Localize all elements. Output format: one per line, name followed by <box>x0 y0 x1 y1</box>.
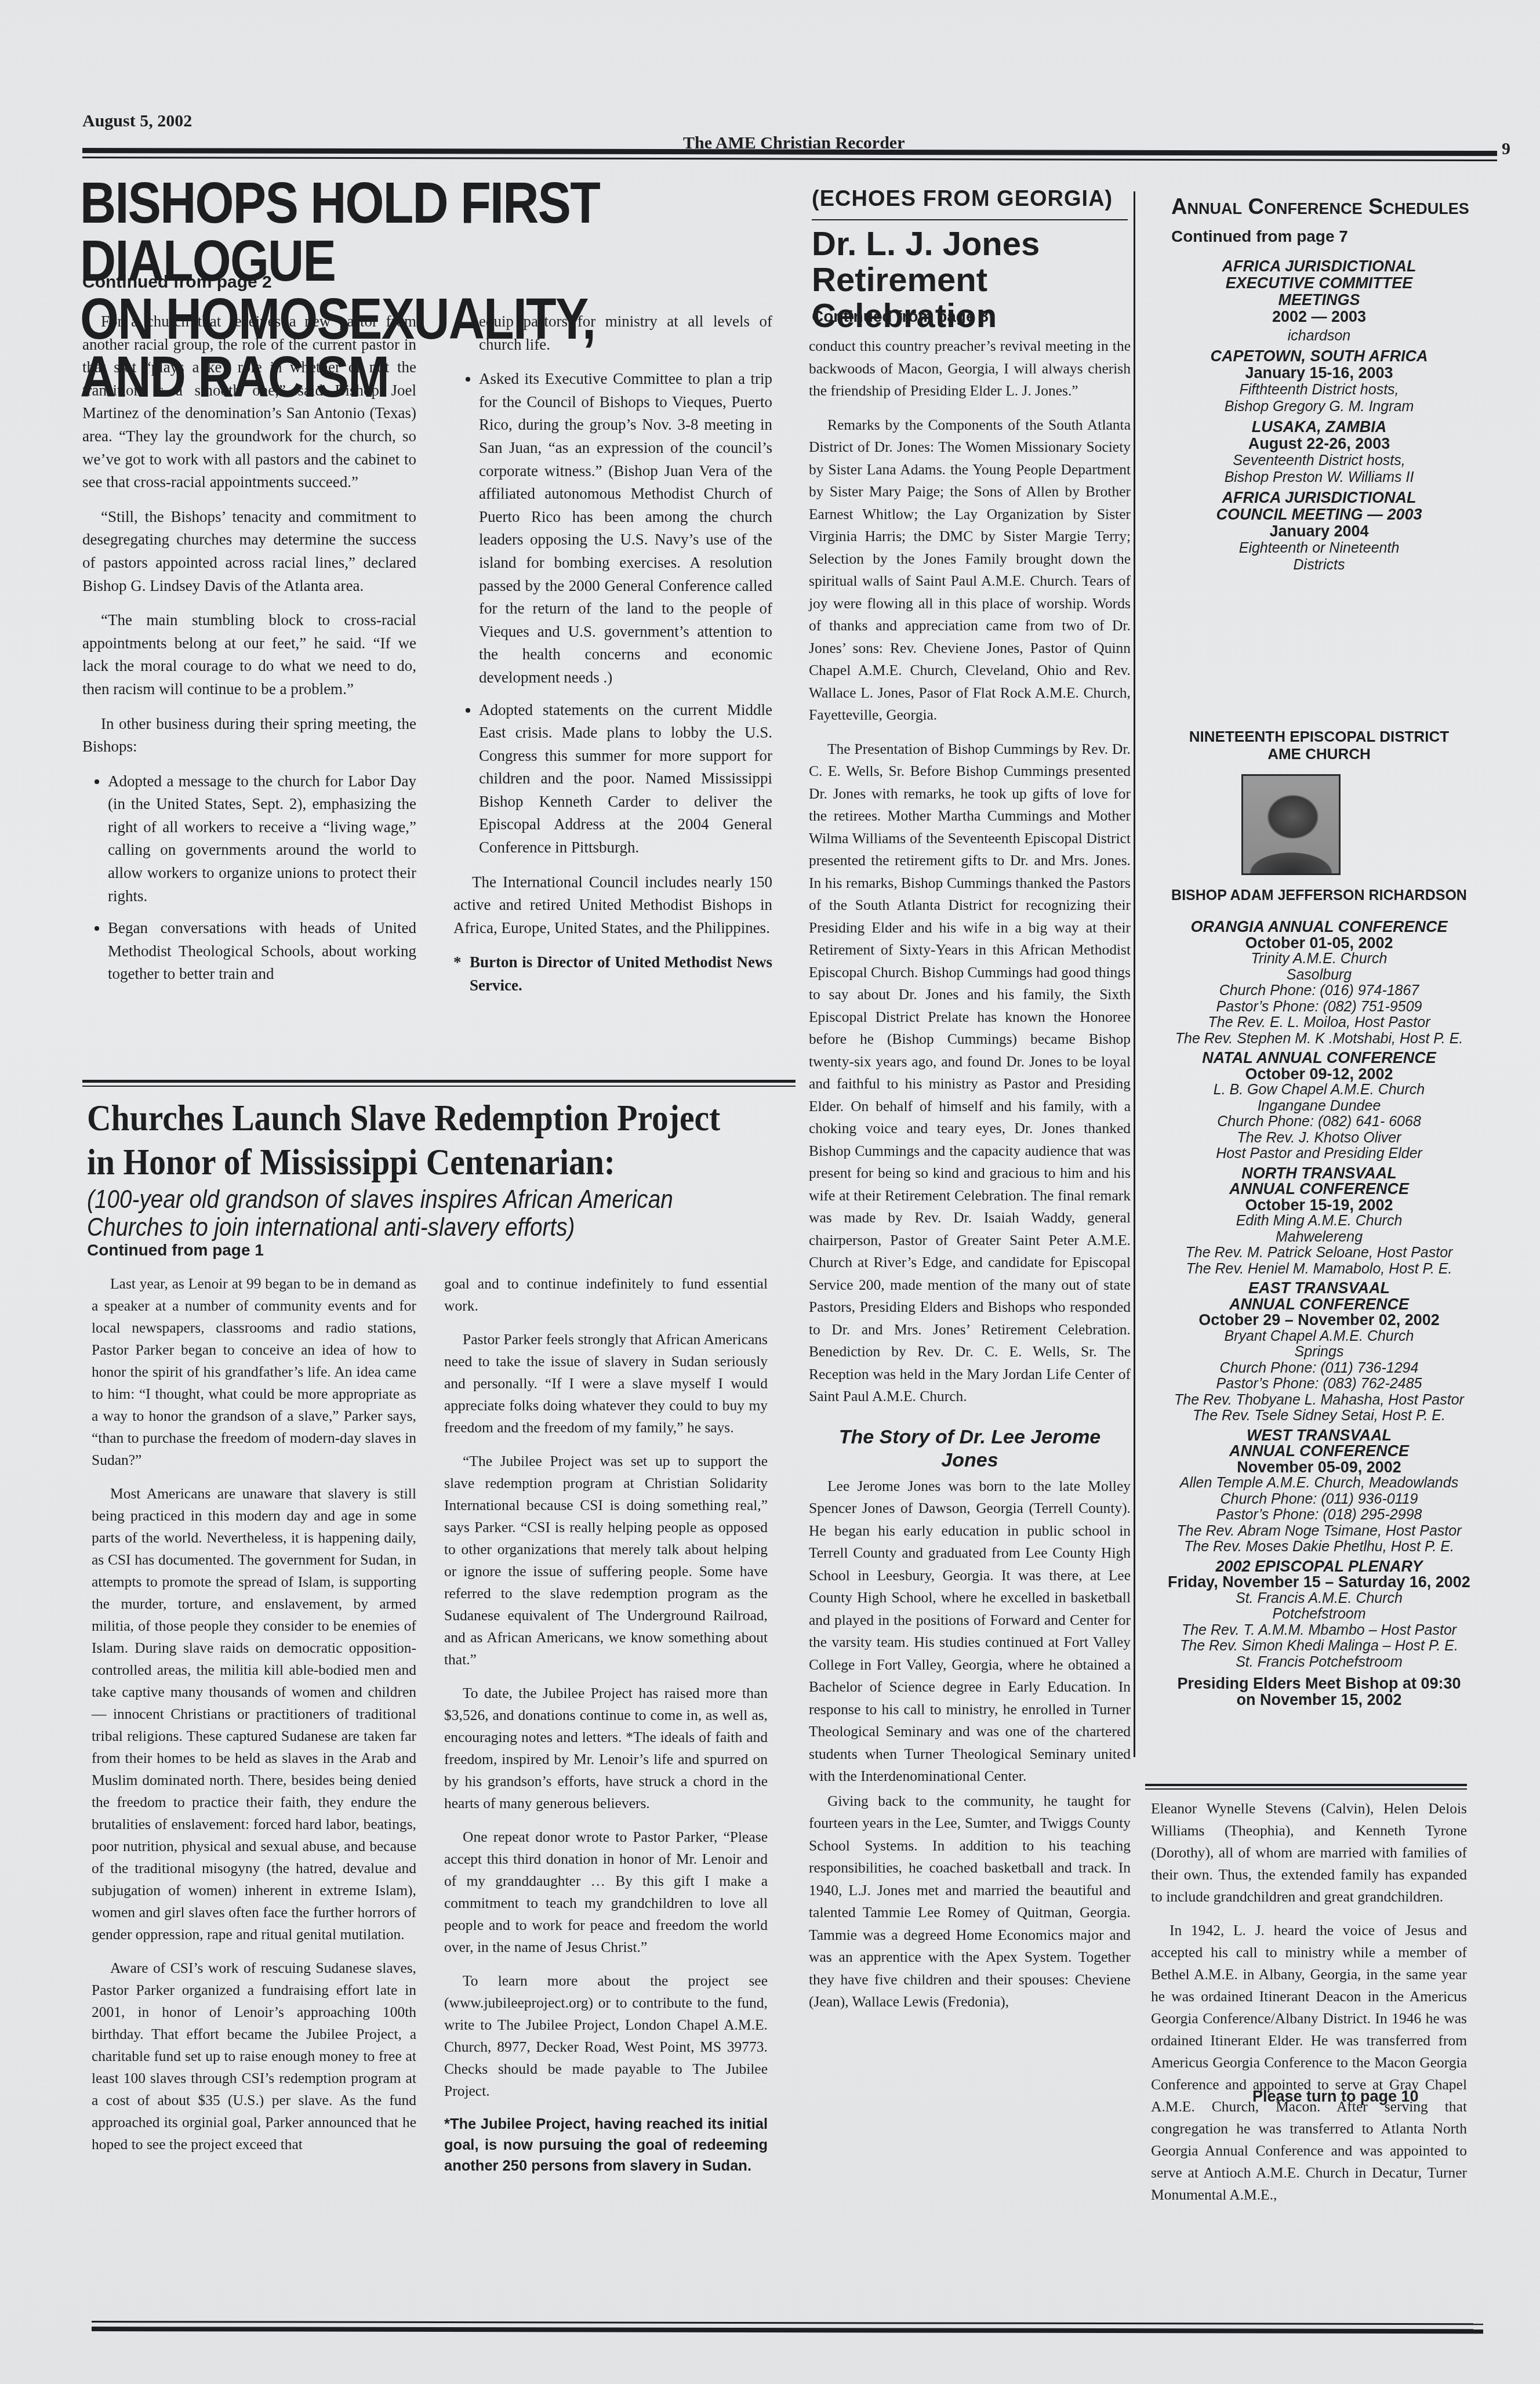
block-date: January 2004 <box>1157 523 1481 540</box>
africa-exec-block: AFRICA JURISDICTIONAL EXECUTIVE COMMITTE… <box>1157 258 1481 344</box>
natal-block: NATAL ANNUAL CONFERENCE October 09-12, 2… <box>1157 1050 1481 1162</box>
block-date: October 29 – November 02, 2002 <box>1157 1312 1481 1329</box>
block-text: Bishop Preston W. Williams II <box>1157 469 1481 486</box>
block-text: St. Francis A.M.E. Church <box>1157 1591 1481 1607</box>
block-title: LUSAKA, ZAMBIA <box>1157 419 1481 436</box>
block-title: ANNUAL CONFERENCE <box>1157 1297 1481 1313</box>
label-underline <box>812 219 1128 220</box>
paragraph: Aware of CSI’s work of rescuing Sudanese… <box>92 1957 416 2156</box>
nineteenth-district-schedule: ORANGIA ANNUAL CONFERENCE October 01-05,… <box>1157 919 1481 1711</box>
block-text: Bishop Gregory G. M. Ingram <box>1157 398 1481 415</box>
block-text: Bryant Chapel A.M.E. Church <box>1157 1329 1481 1345</box>
block-text: The Rev. Stephen M. K .Motshabi, Host P.… <box>1157 1031 1481 1047</box>
block-title: AFRICA JURISDICTIONAL <box>1157 258 1481 275</box>
block-title: NATAL ANNUAL CONFERENCE <box>1157 1050 1481 1066</box>
block-text: L. B. Gow Chapel A.M.E. Church <box>1157 1082 1481 1098</box>
slave-column-1: Last year, as Lenoir at 99 began to be i… <box>92 1273 416 2167</box>
block-text: St. Francis Potchefstroom <box>1157 1654 1481 1671</box>
block-title: AFRICA JURISDICTIONAL <box>1157 489 1481 506</box>
block-text: Mahwelereng <box>1157 1229 1481 1246</box>
block-text: Pastor’s Phone: (083) 762-2485 <box>1157 1376 1481 1392</box>
block-title: EXECUTIVE COMMITTEE <box>1157 275 1481 292</box>
paragraph: Pastor Parker feels strongly that Africa… <box>444 1329 768 1439</box>
section-rule-thin <box>82 1086 796 1087</box>
paragraph: In 1942, L. J. heard the voice of Jesus … <box>1151 1919 1467 2206</box>
page-number: 9 <box>1502 139 1510 159</box>
block-text: The Rev. Thobyane L. Mahasha, Host Pasto… <box>1157 1392 1481 1409</box>
block-title: CAPETOWN, SOUTH AFRICA <box>1157 348 1481 365</box>
section-rule <box>82 1080 796 1083</box>
plenary-block: 2002 EPISCOPAL PLENARY Friday, November … <box>1157 1559 1481 1671</box>
district-line: NINETEENTH EPISCOPAL DISTRICT <box>1157 728 1481 745</box>
paragraph: goal and to continue indefinitely to fun… <box>444 1273 768 1317</box>
continued-from-page-7: Continued from page 7 <box>1171 227 1348 246</box>
block-title: NORTH TRANSVAAL <box>1157 1166 1481 1182</box>
issue-date: August 5, 2002 <box>82 111 192 131</box>
jones-column: conduct this country preacher’s revival … <box>809 335 1131 2025</box>
paragraph: “Still, the Bishops’ tenacity and commit… <box>82 506 416 597</box>
block-text: Potchefstroom <box>1157 1606 1481 1623</box>
paragraph: Giving back to the community, he taught … <box>809 1790 1131 2013</box>
block-title: MEETINGS <box>1157 292 1481 309</box>
block-title: EAST TRANSVAAL <box>1157 1280 1481 1297</box>
header-rule-thick <box>82 148 1497 156</box>
block-title: 2002 EPISCOPAL PLENARY <box>1157 1559 1481 1575</box>
paragraph: Most Americans are unaware that slavery … <box>92 1483 416 1946</box>
bishops-actions-list: Adopted a message to the church for Labo… <box>82 770 416 986</box>
header-rule-thin <box>82 157 1497 161</box>
block-text: The Rev. T. A.M.M. Mbambo – Host Pastor <box>1157 1623 1481 1639</box>
schedules-title: Annual Conference Schedules <box>1171 195 1469 220</box>
block-date: October 15-19, 2002 <box>1157 1198 1481 1214</box>
district-heading: NINETEENTH EPISCOPAL DISTRICT AME CHURCH <box>1157 728 1481 763</box>
list-item: Asked its Executive Committee to plan a … <box>479 368 772 689</box>
bishops-column-2: equip pastors for ministry at all levels… <box>453 310 772 1009</box>
block-text: The Rev. Simon Khedi Malinga – Host P. E… <box>1157 1638 1481 1654</box>
jubilee-note: *The Jubilee Project, having reached its… <box>444 2114 768 2176</box>
column-divider <box>1134 191 1135 1757</box>
block-text: Church Phone: (082) 641- 6068 <box>1157 1114 1481 1130</box>
council-block: AFRICA JURISDICTIONAL COUNCIL MEETING — … <box>1157 489 1481 574</box>
east-transvaal-block: EAST TRANSVAAL ANNUAL CONFERENCE October… <box>1157 1280 1481 1424</box>
block-text: The Rev. E. L. Moiloa, Host Pastor <box>1157 1015 1481 1031</box>
paragraph: The International Council includes nearl… <box>453 871 772 940</box>
block-title: COUNCIL MEETING — 2003 <box>1157 506 1481 523</box>
schedule-end-rule <box>1145 1784 1467 1786</box>
paragraph: Last year, as Lenoir at 99 began to be i… <box>92 1273 416 1471</box>
footer-rule-thin <box>92 2321 1483 2325</box>
paragraph: conduct this country preacher’s revival … <box>809 335 1131 402</box>
bishops-column-1: For a church that receives a new pastor … <box>82 310 416 997</box>
block-date: August 22-26, 2003 <box>1157 436 1481 452</box>
list-item: Adopted a message to the church for Labo… <box>108 770 416 908</box>
paragraph: Eleanor Wynelle Stevens (Calvin), Helen … <box>1151 1798 1467 1908</box>
block-text: The Rev. M. Patrick Seloane, Host Pastor <box>1157 1245 1481 1261</box>
paragraph: To date, the Jubilee Project has raised … <box>444 1682 768 1815</box>
block-title: ANNUAL CONFERENCE <box>1157 1181 1481 1198</box>
block-text: The Rev. J. Khotso Oliver <box>1157 1130 1481 1146</box>
north-transvaal-block: NORTH TRANSVAAL ANNUAL CONFERENCE Octobe… <box>1157 1166 1481 1278</box>
list-item: Began conversations with heads of United… <box>108 917 416 986</box>
list-item: Adopted statements on the current Middle… <box>479 699 772 859</box>
block-text: Seventeenth District hosts, <box>1157 452 1481 469</box>
bishop-photo <box>1241 774 1341 875</box>
block-text: Districts <box>1157 557 1481 574</box>
paragraph: For a church that receives a new pastor … <box>82 310 416 494</box>
block-date: October 09-12, 2002 <box>1157 1066 1481 1083</box>
block-text: Ingangane Dundee <box>1157 1098 1481 1115</box>
block-text: Allen Temple A.M.E. Church, Meadowlands <box>1157 1475 1481 1492</box>
turn-to-page-10: Please turn to page 10 <box>1252 2088 1419 2106</box>
block-text: Pastor’s Phone: (018) 295-2998 <box>1157 1507 1481 1523</box>
paragraph: In other business during their spring me… <box>82 713 416 759</box>
block-date: 2002 — 2003 <box>1157 309 1481 325</box>
block-text: Sasolburg <box>1157 967 1481 984</box>
paragraph: One repeat donor wrote to Pastor Parker,… <box>444 1826 768 1958</box>
paragraph: Lee Jerome Jones was born to the late Mo… <box>809 1475 1131 1788</box>
block-text: The Rev. Moses Dakie Phetlhu, Host P. E. <box>1157 1539 1481 1555</box>
lusaka-block: LUSAKA, ZAMBIA August 22-26, 2003 Sevent… <box>1157 419 1481 486</box>
headline-line-2: in Honor of Mississippi Centenarian: <box>87 1140 734 1184</box>
continued-from-page-2: Continued from page 2 <box>82 273 272 292</box>
block-text: Edith Ming A.M.E. Church <box>1157 1213 1481 1229</box>
block-text: ichardson <box>1157 328 1481 344</box>
story-subheading: The Story of Dr. Lee Jerome Jones <box>809 1425 1131 1472</box>
author-note: Burton is Director of United Methodist N… <box>453 951 772 997</box>
africa-schedule: AFRICA JURISDICTIONAL EXECUTIVE COMMITTE… <box>1157 258 1481 577</box>
schedule-end-rule-thin <box>1145 1788 1467 1790</box>
deck-subheadline: (100-year old grandson of slaves inspire… <box>87 1186 714 1242</box>
slave-column-2: goal and to continue indefinitely to fun… <box>444 1273 768 2188</box>
footer-rule-thick <box>92 2327 1483 2334</box>
block-text: Church Phone: (011) 936-0119 <box>1157 1492 1481 1508</box>
paragraph: equip pastors for ministry at all levels… <box>453 310 772 356</box>
district-line: AME CHURCH <box>1157 745 1481 763</box>
block-text: Pastor’s Phone: (082) 751-9509 <box>1157 999 1481 1015</box>
block-text: The Rev. Tsele Sidney Setai, Host P. E. <box>1157 1408 1481 1424</box>
block-title: WEST TRANSVAAL <box>1157 1428 1481 1444</box>
block-text: Eighteenth or Nineteenth <box>1157 540 1481 557</box>
paragraph: “The main stumbling block to cross-racia… <box>82 609 416 701</box>
block-text: on November 15, 2002 <box>1157 1692 1481 1708</box>
headline-slave-redemption: Churches Launch Slave Redemption Project… <box>87 1096 734 1184</box>
block-title: ORANGIA ANNUAL CONFERENCE <box>1157 919 1481 935</box>
block-text: Trinity A.M.E. Church <box>1157 951 1481 967</box>
paragraph: To learn more about the project see (www… <box>444 1970 768 2102</box>
block-title: ANNUAL CONFERENCE <box>1157 1443 1481 1460</box>
block-text: Church Phone: (011) 736-1294 <box>1157 1360 1481 1377</box>
block-date: October 01-05, 2002 <box>1157 935 1481 952</box>
block-date: Friday, November 15 – Saturday 16, 2002 <box>1157 1574 1481 1591</box>
paragraph: “The Jubilee Project was set up to suppo… <box>444 1450 768 1671</box>
block-date: January 15-16, 2003 <box>1157 365 1481 382</box>
block-text: Fifthteenth District hosts, <box>1157 382 1481 398</box>
newspaper-page: August 5, 2002 The AME Christian Recorde… <box>0 0 1540 2384</box>
block-text: Springs <box>1157 1344 1481 1360</box>
presiding-elders-note: Presiding Elders Meet Bishop at 09:30 on… <box>1157 1676 1481 1708</box>
block-text: Host Pastor and Presiding Elder <box>1157 1146 1481 1162</box>
paragraph: Remarks by the Components of the South A… <box>809 414 1131 727</box>
bishops-actions-list-continued: Asked its Executive Committee to plan a … <box>453 368 772 859</box>
headline-line-1: Churches Launch Slave Redemption Project <box>87 1096 734 1140</box>
block-date: November 05-09, 2002 <box>1157 1460 1481 1476</box>
west-transvaal-block: WEST TRANSVAAL ANNUAL CONFERENCE Novembe… <box>1157 1428 1481 1555</box>
bishop-name: BISHOP ADAM JEFFERSON RICHARDSON <box>1157 887 1481 904</box>
capetown-block: CAPETOWN, SOUTH AFRICA January 15-16, 20… <box>1157 348 1481 415</box>
jones-continued-column: Eleanor Wynelle Stevens (Calvin), Helen … <box>1151 1798 1467 2218</box>
continued-from-page-8: Continued from page 8 <box>812 307 989 326</box>
paragraph: The Presentation of Bishop Cummings by R… <box>809 738 1131 1408</box>
block-text: Presiding Elders Meet Bishop at 09:30 <box>1157 1676 1481 1692</box>
orangia-block: ORANGIA ANNUAL CONFERENCE October 01-05,… <box>1157 919 1481 1047</box>
block-text: The Rev. Abram Noge Tsimane, Host Pastor <box>1157 1523 1481 1540</box>
continued-from-page-1: Continued from page 1 <box>87 1241 264 1260</box>
block-text: The Rev. Heniel M. Mamabolo, Host P. E. <box>1157 1261 1481 1278</box>
section-label: (ECHOES FROM GEORGIA) <box>812 187 1113 212</box>
block-text: Church Phone: (016) 974-1867 <box>1157 983 1481 999</box>
